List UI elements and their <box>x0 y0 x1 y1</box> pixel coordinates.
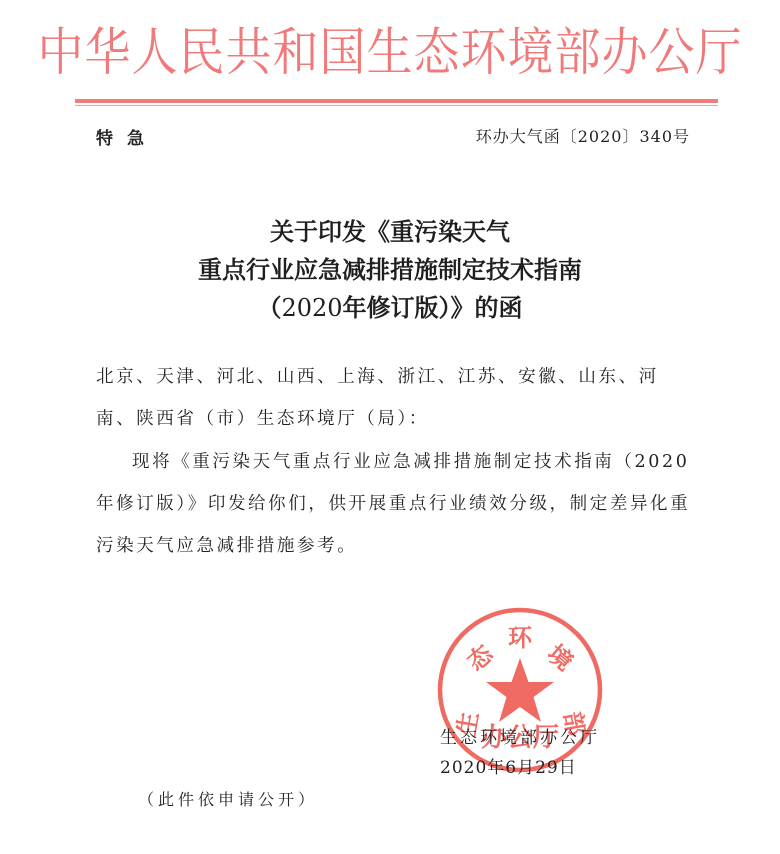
title-paren-open: （ <box>257 293 281 322</box>
body-paragraph: 现将《重污染天气重点行业应急减排措施制定技术指南（2020年修订版）》印发给你们… <box>96 441 696 567</box>
signature-date: 2020年6月29日 <box>440 753 600 783</box>
seal-arc-char: 环 <box>508 624 533 652</box>
letterhead-red-rule <box>75 99 718 103</box>
recipients: 北京、天津、河北、山西、上海、浙江、江苏、安徽、山东、河南、陕西省（市）生态环境… <box>96 356 696 440</box>
title-line-2: 重点行业应急减排措施制定技术指南 <box>0 251 780 289</box>
disclosure-note: （此件依申请公开） <box>138 787 318 810</box>
title-line-3: （2020年修订版）》的函 <box>0 289 780 327</box>
signature-organization: 生态环境部办公厅 <box>440 723 600 753</box>
document-title: 关于印发《重污染天气 重点行业应急减排措施制定技术指南 （2020年修订版）》的… <box>0 213 780 327</box>
document-number: 环办大气函〔2020〕340号 <box>476 124 690 147</box>
letterhead-red-rule-thin <box>75 105 718 106</box>
letterhead-issuer: 中华人民共和国生态环境部办公厅 <box>0 18 780 85</box>
star-icon <box>486 658 554 722</box>
seal-arc-char: 境 <box>542 640 578 677</box>
urgency-label: 特急 <box>96 124 158 149</box>
seal-arc-char: 态 <box>462 639 499 677</box>
title-line-1: 关于印发《重污染天气 <box>0 213 780 251</box>
signature-block: 生态环境部办公厅 2020年6月29日 <box>440 723 600 783</box>
title-line-3-rest: 年修订版）》的函 <box>343 293 523 322</box>
title-year: 2020 <box>281 294 342 322</box>
body-paragraph-text: 现将《重污染天气重点行业应急减排措施制定技术指南（2020年修订版）》印发给你们… <box>96 452 690 556</box>
